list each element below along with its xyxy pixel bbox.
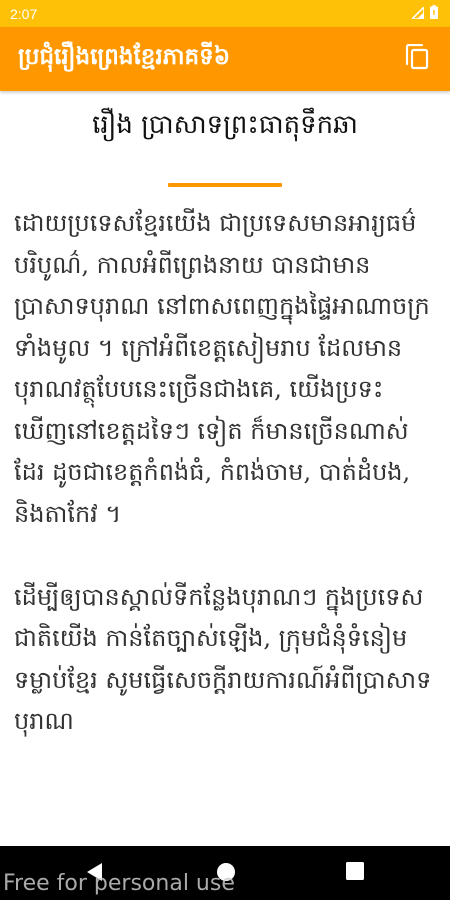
app-title: ប្រជុំរឿងព្រេងខ្មែរភាគទី៦	[18, 43, 230, 76]
recent-apps-icon	[346, 865, 364, 884]
nav-recent-apps-button[interactable]	[346, 862, 364, 884]
title-underline-divider	[168, 183, 282, 187]
story-content[interactable]: រឿង ប្រាសាទព្រះធាតុទឹកឆា ដោយប្រទេសខ្មែរយ…	[0, 91, 450, 846]
battery-icon	[430, 4, 438, 23]
copy-icon	[405, 44, 429, 74]
signal-icon	[412, 4, 424, 23]
story-paragraph: ដើម្បីឲ្យបានស្គាល់ទីកន្លែងបុរាណៗ ក្នុងប្…	[14, 577, 436, 743]
status-bar: 2:07	[0, 0, 450, 27]
status-icons	[412, 4, 438, 23]
status-time: 2:07	[10, 6, 37, 22]
story-paragraph: ដោយប្រទេសខ្មែរយើង ជាប្រទេសមានអារ្យធម៌បរិ…	[14, 203, 436, 535]
app-bar: ប្រជុំរឿងព្រេងខ្មែរភាគទី៦	[0, 27, 450, 91]
copy-button[interactable]	[402, 44, 432, 74]
watermark-text: Free for personal use	[3, 871, 235, 896]
story-title: រឿង ប្រាសាទព្រះធាតុទឹកឆា	[0, 105, 450, 145]
phone-screen: 2:07 ប្រជុំរឿងព្រេងខ្មែរភាគទី៦	[0, 0, 450, 900]
story-body: ដោយប្រទេសខ្មែរយើង ជាប្រទេសមានអារ្យធម៌បរិ…	[0, 203, 450, 743]
